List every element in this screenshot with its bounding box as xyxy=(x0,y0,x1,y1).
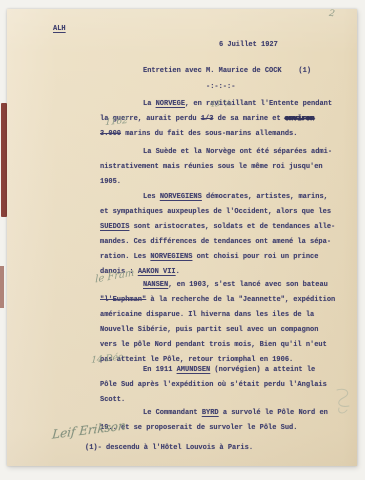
typed-text-u: AMUNDSEN xyxy=(177,366,211,374)
typed-text: a survolé le Pôle Nord en xyxy=(219,409,328,417)
typed-line: 1905. xyxy=(100,175,349,190)
typed-text-strike-bold: environ xyxy=(285,115,314,123)
typed-text: En 1911 xyxy=(143,366,177,374)
typed-text: Pôle Sud après l'expédition où s'était p… xyxy=(100,381,327,389)
typed-text: sont aristocrates, soldats et de tendanc… xyxy=(129,223,335,231)
typed-text: vers le pôle Nord pendant trois mois, Bi… xyxy=(100,341,327,349)
scan-background: ALH 2 6 Juillet 1927 Entretien avec M. M… xyxy=(0,0,365,480)
paragraph: Le Commandant BYRD a survolé le Pôle Nor… xyxy=(100,406,349,436)
typed-text-u: SUEDOIS xyxy=(100,223,129,231)
typed-line: américaine disparue. Il hiverna dans les… xyxy=(100,308,349,323)
paragraph: En 1911 AMUNDSEN (norvégien) a atteint l… xyxy=(100,363,349,408)
typed-line: nistrativement mais réunies sous le même… xyxy=(100,160,349,175)
typed-text: nistrativement mais réunies sous le même… xyxy=(100,163,323,171)
typed-text: ont choisi pour roi un prince xyxy=(192,253,318,261)
typed-line: "l'Euphman" à la recherche de la "Jeanne… xyxy=(100,293,349,308)
typed-text: , en ravitaillant l'Entente pendant xyxy=(185,100,332,108)
footnote-line: (1)- descendu à l'Hôtel Louvois à Paris. xyxy=(85,441,253,456)
typed-text: à la recherche de la "Jeannette", expédi… xyxy=(146,296,335,304)
typed-line: et sympathiques auxpeuples de l'Occident… xyxy=(100,205,349,220)
typed-text: américaine disparue. Il hiverna dans les… xyxy=(100,311,314,319)
paragraph: NANSEN, en 1903, s'est lancé avec son ba… xyxy=(100,278,349,369)
typed-line: Nouvelle Sibérie, puis partit seul avec … xyxy=(100,323,349,338)
typed-text: 19.. et se proposerait de survoler le Pô… xyxy=(100,424,297,432)
typed-text: et sympathiques auxpeuples de l'Occident… xyxy=(100,208,331,216)
pencil-annotation-casualty-count: 1162 xyxy=(105,116,128,128)
pencil-scribble-mark xyxy=(332,387,356,417)
typed-text-u: NORVEGIENS xyxy=(160,193,202,201)
paragraph: Les NORVEGIENS démocrates, artistes, mar… xyxy=(100,190,349,281)
typed-text: de sa marine et xyxy=(213,115,284,123)
underlying-red-edge-lower xyxy=(0,266,4,308)
typed-text: ration. Les xyxy=(100,253,150,261)
typed-text-u: NORVEGIENS xyxy=(150,253,192,261)
document-body: La NORVEGE, en ravitaillant l'Entente pe… xyxy=(7,9,357,466)
typewritten-page: ALH 2 6 Juillet 1927 Entretien avec M. M… xyxy=(7,9,357,466)
typed-line: 19.. et se proposerait de survoler le Pô… xyxy=(100,421,349,436)
typed-text: Les xyxy=(143,193,160,201)
typed-text-u: NORVEGE xyxy=(156,100,185,108)
typed-line: En 1911 AMUNDSEN (norvégien) a atteint l… xyxy=(100,363,349,378)
typed-text: 1905. xyxy=(100,178,121,186)
typed-text: , en 1903, s'est lancé avec son bateau xyxy=(168,281,328,289)
typed-text: marins du fait des sous-marins allemands… xyxy=(121,130,297,138)
typed-text: . xyxy=(176,268,180,276)
typed-text: Nouvelle Sibérie, puis partit seul avec … xyxy=(100,326,318,334)
typed-text-u: BYRD xyxy=(202,409,219,417)
typed-line: Pôle Sud après l'expédition où s'était p… xyxy=(100,378,349,393)
typed-text-strike: 3.000 xyxy=(100,130,121,138)
typed-line: Les NORVEGIENS démocrates, artistes, mar… xyxy=(100,190,349,205)
typed-line: NANSEN, en 1903, s'est lancé avec son ba… xyxy=(100,278,349,293)
pencil-annotation-percentage: 43 ⁰/₀ xyxy=(210,98,232,109)
typed-text-u: NANSEN xyxy=(143,281,168,289)
typed-line: ration. Les NORVEGIENS ont choisi pour r… xyxy=(100,250,349,265)
typed-text-strike: 1/3 xyxy=(201,115,214,123)
typed-line: mandes. Ces différences de tendances ont… xyxy=(100,235,349,250)
typed-line: La Suède et la Norvège ont été séparées … xyxy=(100,145,349,160)
typed-line: la guerre, aurait perdu 1/3 de sa marine… xyxy=(100,112,349,127)
typed-text-strike: "l'Euphman" xyxy=(100,296,146,304)
typed-text: mandes. Ces différences de tendances ont… xyxy=(100,238,331,246)
typed-line: 3.000 marins du fait des sous-marins all… xyxy=(100,127,349,142)
typed-line: vers le pôle Nord pendant trois mois, Bi… xyxy=(100,338,349,353)
paragraph: La Suède et la Norvège ont été séparées … xyxy=(100,145,349,190)
typed-line: SUEDOIS sont aristocrates, soldats et de… xyxy=(100,220,349,235)
typed-line: Le Commandant BYRD a survolé le Pôle Nor… xyxy=(100,406,349,421)
typed-text: La Suède et la Norvège ont été séparées … xyxy=(143,148,332,156)
typed-text: démocrates, artistes, marins, xyxy=(202,193,328,201)
typed-text: (norvégien) a atteint le xyxy=(210,366,315,374)
typed-text-u: AAKON VII xyxy=(138,268,176,276)
typed-text: Scott. xyxy=(100,396,125,404)
typed-text: La xyxy=(143,100,156,108)
typed-text: Le Commandant xyxy=(143,409,202,417)
